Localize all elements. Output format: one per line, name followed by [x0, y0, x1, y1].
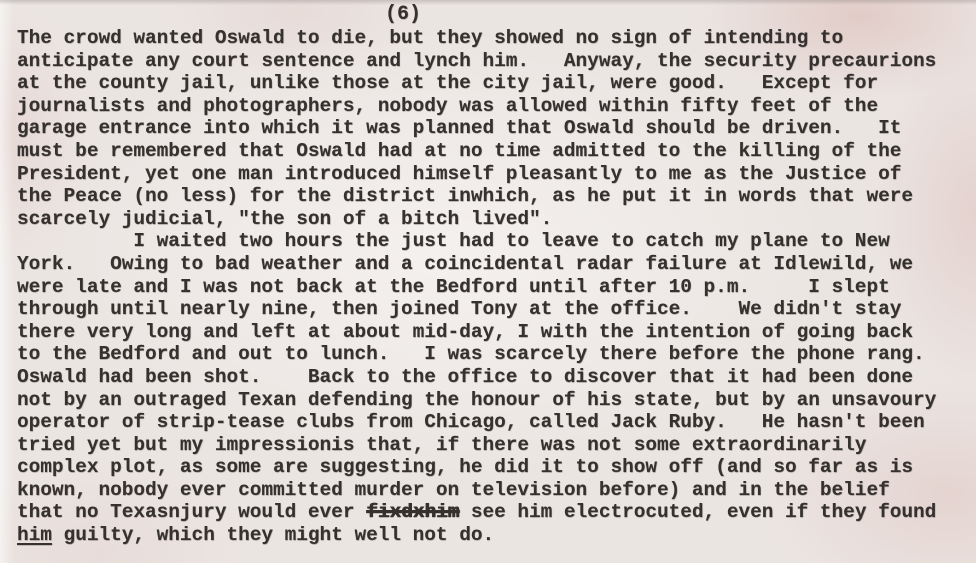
page-container: (6) The crowd wanted Oswald to die, but …	[0, 0, 976, 563]
text-line: garage entrance into which it was planne…	[17, 117, 974, 140]
text-line: not by an outraged Texan defending the h…	[17, 389, 974, 412]
text-line: Oswald had been shot. Back to the office…	[17, 366, 974, 389]
text-line: York. Owing to bad weather and a coincid…	[17, 253, 974, 276]
text-line: operator of strip-tease clubs from Chica…	[17, 411, 974, 434]
text-line: President, yet one man introduced himsel…	[17, 163, 974, 186]
page-number: (6)	[385, 3, 421, 27]
typewritten-text: The crowd wanted Oswald to die, but they…	[17, 27, 974, 547]
text-line-with-strikethrough: that no Texasnjury would ever fixdxhim s…	[17, 501, 974, 524]
text-line: journalists and photographers, nobody wa…	[17, 95, 974, 118]
text-line: complex plot, as some are suggesting, he…	[17, 456, 974, 479]
text-line: the Peace (no less) for the district inw…	[17, 185, 974, 208]
text-line: at the county jail, unlike those at the …	[17, 72, 974, 95]
text-line: known, nobody ever committed murder on t…	[17, 479, 974, 502]
text-line: The crowd wanted Oswald to die, but they…	[17, 27, 974, 50]
text-line: anticipate any court sentence and lynch …	[17, 50, 974, 73]
text-line: there very long and left at about mid-da…	[17, 321, 974, 344]
strike-line-before: that no Texasnjury would ever	[17, 501, 366, 523]
struck-out-word: fixdxhim	[366, 501, 459, 523]
last-text-line: him guilty, which they might well not do…	[17, 524, 974, 547]
text-line: tried yet but my impressionis that, if t…	[17, 434, 974, 457]
underlined-word: him	[17, 524, 52, 546]
text-line: must be remembered that Oswald had at no…	[17, 140, 974, 163]
text-line: to the Bedford and out to lunch. I was s…	[17, 343, 974, 366]
text-line: were late and I was not back at the Bedf…	[17, 276, 974, 299]
text-line: I waited two hours the just had to leave…	[17, 230, 974, 253]
text-line: scarcely judicial, "the son of a bitch l…	[17, 208, 974, 231]
last-line-rest: guilty, which they might well not do.	[52, 524, 494, 546]
text-line: through until nearly nine, then joined T…	[17, 298, 974, 321]
strike-line-after: see him electrocuted, even if they found	[459, 501, 936, 523]
